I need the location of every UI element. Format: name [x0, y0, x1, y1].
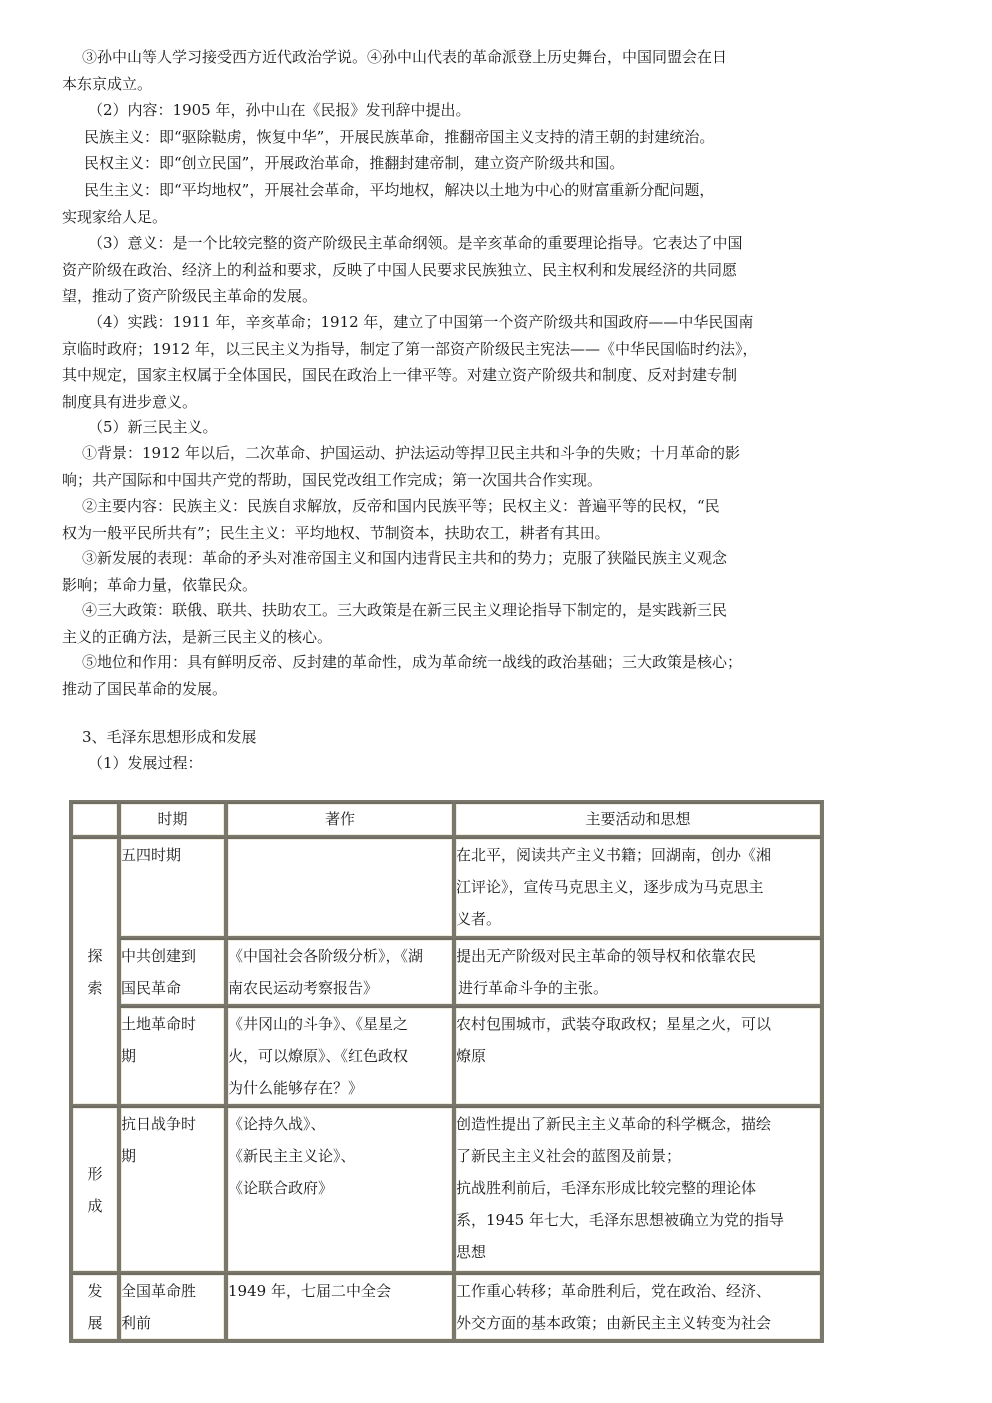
- section-heading: 3、毛泽东思想形成和发展: [82, 724, 257, 750]
- table-row: 发 展 全国革命胜 利前 1949 年，七届二中全会 工作重心转移；革命胜利后，…: [71, 1273, 822, 1341]
- works-cell: 《论持久战》、 《新民主主义论》、 《论联合政府》: [226, 1106, 454, 1273]
- works-cell: 《中国社会各阶级分析》，《湖 南农民运动考察报告》: [226, 938, 454, 1006]
- works-cell: [226, 837, 454, 938]
- text-line: 响；共产国际和中国共产党的帮助，国民党改组工作完成；第一次国共合作实现。: [62, 467, 842, 494]
- paragraph-main-content: ②主要内容：民族主义：民族自求解放，反帝和国内民族平等；民权主义：普遍平等的民权…: [82, 493, 842, 546]
- paragraph-new-development: ③新发展的表现：革命的矛头对准帝国主义和国内违背民主共和的势力；克服了狭隘民族主…: [82, 545, 842, 598]
- paragraph-nationalism: 民族主义：即“驱除鞑虏，恢复中华”，开展民族革命，推翻帝国主义支持的清王朝的封建…: [84, 124, 844, 151]
- text-line: 其中规定，国家主权属于全体国民，国民在政治上一律平等。对建立资产阶级共和制度、反…: [62, 362, 842, 389]
- text-line: 民权主义：即“创立民国”，开展政治革命，推翻封建帝制，建立资产阶级共和国。: [84, 150, 844, 177]
- period-cell: 抗日战争时 期: [119, 1106, 226, 1273]
- period-cell: 中共创建到 国民革命: [119, 938, 226, 1006]
- paragraph-sun-yatsen-background: ③孙中山等人学习接受西方近代政治学说。④孙中山代表的革命派登上历史舞台，中国同盟…: [82, 44, 842, 97]
- paragraph-democracy: 民权主义：即“创立民国”，开展政治革命，推翻封建帝制，建立资产阶级共和国。: [84, 150, 844, 177]
- section-subheading: （1）发展过程：: [88, 750, 203, 776]
- text-line: 主义的正确方法，是新三民主义的核心。: [62, 624, 842, 651]
- stage-cell-formation: 形 成: [71, 1106, 119, 1273]
- text-line: ③新发展的表现：革命的矛头对准帝国主义和国内违背民主共和的势力；克服了狭隘民族主…: [82, 545, 842, 572]
- text-line: 民族主义：即“驱除鞑虏，恢复中华”，开展民族革命，推翻帝国主义支持的清王朝的封建…: [84, 124, 844, 151]
- header-cell-period: 时期: [119, 802, 226, 837]
- activities-cell: 在北平，阅读共产主义书籍；回湖南，创办《湘 江评论》，宣传马克思主义，逐步成为马…: [454, 837, 822, 938]
- text-line: （5）新三民主义。: [88, 414, 842, 441]
- period-cell: 全国革命胜 利前: [119, 1273, 226, 1341]
- table-row: 中共创建到 国民革命 《中国社会各阶级分析》，《湖 南农民运动考察报告》 提出无…: [71, 938, 822, 1006]
- text-line: 实现家给人足。: [62, 204, 844, 231]
- text-line: ②主要内容：民族主义：民族自求解放，反帝和国内民族平等；民权主义：普遍平等的民权…: [82, 493, 842, 520]
- period-cell: 土地革命时 期: [119, 1006, 226, 1106]
- table-row: 探 索 五四时期 在北平，阅读共产主义书籍；回湖南，创办《湘 江评论》，宣传马克…: [71, 837, 822, 938]
- activities-cell: 工作重心转移；革命胜利后，党在政治、经济、 外交方面的基本政策；由新民主主义转变…: [454, 1273, 822, 1341]
- paragraph-three-policies: ④三大政策：联俄、联共、扶助农工。三大政策是在新三民主义理论指导下制定的，是实践…: [82, 597, 842, 650]
- stage-cell-explore: 探 索: [71, 837, 119, 1106]
- text-line: （3）意义：是一个比较完整的资产阶级民主革命纲领。是辛亥革命的重要理论指导。它表…: [88, 230, 842, 257]
- text-line: ③孙中山等人学习接受西方近代政治学说。④孙中山代表的革命派登上历史舞台，中国同盟…: [82, 44, 842, 71]
- text-line: （2）内容：1905 年，孙中山在《民报》发刊辞中提出。: [88, 97, 842, 124]
- period-cell: 五四时期: [119, 837, 226, 938]
- text-line: ⑤地位和作用：具有鲜明反帝、反封建的革命性，成为革命统一战线的政治基础；三大政策…: [82, 649, 842, 676]
- text-line: ④三大政策：联俄、联共、扶助农工。三大政策是在新三民主义理论指导下制定的，是实践…: [82, 597, 842, 624]
- paragraph-content: （2）内容：1905 年，孙中山在《民报》发刊辞中提出。: [82, 97, 842, 124]
- activities-cell: 提出无产阶级对民主革命的领导权和依靠农民 进行革命斗争的主张。: [454, 938, 822, 1006]
- activities-cell: 农村包围城市，武装夺取政权；星星之火，可以 燎原: [454, 1006, 822, 1106]
- activities-cell: 创造性提出了新民主主义革命的科学概念，描绘 了新民主主义社会的蓝图及前景； 抗战…: [454, 1106, 822, 1273]
- paragraph-background: ①背景：1912 年以后，二次革命、护国运动、护法运动等捍卫民主共和斗争的失败；…: [82, 440, 842, 493]
- text-line: 制度具有进步意义。: [62, 389, 842, 416]
- paragraph-practice: （4）实践：1911 年，辛亥革命；1912 年，建立了中国第一个资产阶级共和国…: [82, 309, 842, 415]
- text-line: 本东京成立。: [62, 71, 842, 98]
- text-line: 民生主义：即“平均地权”，开展社会革命，平均地权，解决以土地为中心的财富重新分配…: [84, 177, 844, 204]
- paragraph-significance: （3）意义：是一个比较完整的资产阶级民主革命纲领。是辛亥革命的重要理论指导。它表…: [82, 230, 842, 310]
- paragraph-status-role: ⑤地位和作用：具有鲜明反帝、反封建的革命性，成为革命统一战线的政治基础；三大政策…: [82, 649, 842, 702]
- works-cell: 1949 年，七届二中全会: [226, 1273, 454, 1341]
- works-cell: 《井冈山的斗争》、《星星之 火，可以燎原》、《红色政权 为什么能够存在？》: [226, 1006, 454, 1106]
- paragraph-new-three-principles: （5）新三民主义。: [82, 414, 842, 441]
- text-line: 资产阶级在政治、经济上的利益和要求，反映了中国人民要求民族独立、民主权利和发展经…: [62, 257, 842, 284]
- text-line: （4）实践：1911 年，辛亥革命；1912 年，建立了中国第一个资产阶级共和国…: [88, 309, 842, 336]
- table-row: 土地革命时 期 《井冈山的斗争》、《星星之 火，可以燎原》、《红色政权 为什么能…: [71, 1006, 822, 1106]
- development-table: 时期 著作 主要活动和思想 探 索 五四时期 在北平，阅读共产主义书籍；回湖南，…: [69, 800, 824, 1343]
- header-cell-works: 著作: [226, 802, 454, 837]
- text-line: 京临时政府；1912 年，以三民主义为指导，制定了第一部资产阶级民主宪法——《中…: [62, 336, 842, 363]
- paragraph-livelihood: 民生主义：即“平均地权”，开展社会革命，平均地权，解决以土地为中心的财富重新分配…: [84, 177, 844, 230]
- stage-cell-development: 发 展: [71, 1273, 119, 1341]
- text-line: 望，推动了资产阶级民主革命的发展。: [62, 283, 842, 310]
- table-header-row: 时期 著作 主要活动和思想: [71, 802, 822, 837]
- header-cell-stage: [71, 802, 119, 837]
- text-line: 影响；革命力量，依靠民众。: [62, 572, 842, 599]
- text-line: ①背景：1912 年以后，二次革命、护国运动、护法运动等捍卫民主共和斗争的失败；…: [82, 440, 842, 467]
- header-cell-activities: 主要活动和思想: [454, 802, 822, 837]
- table-row: 形 成 抗日战争时 期 《论持久战》、 《新民主主义论》、 《论联合政府》 创造…: [71, 1106, 822, 1273]
- text-line: 推动了国民革命的发展。: [62, 676, 842, 703]
- text-line: 权为一般平民所共有”；民生主义：平均地权、节制资本，扶助农工，耕者有其田。: [62, 520, 842, 547]
